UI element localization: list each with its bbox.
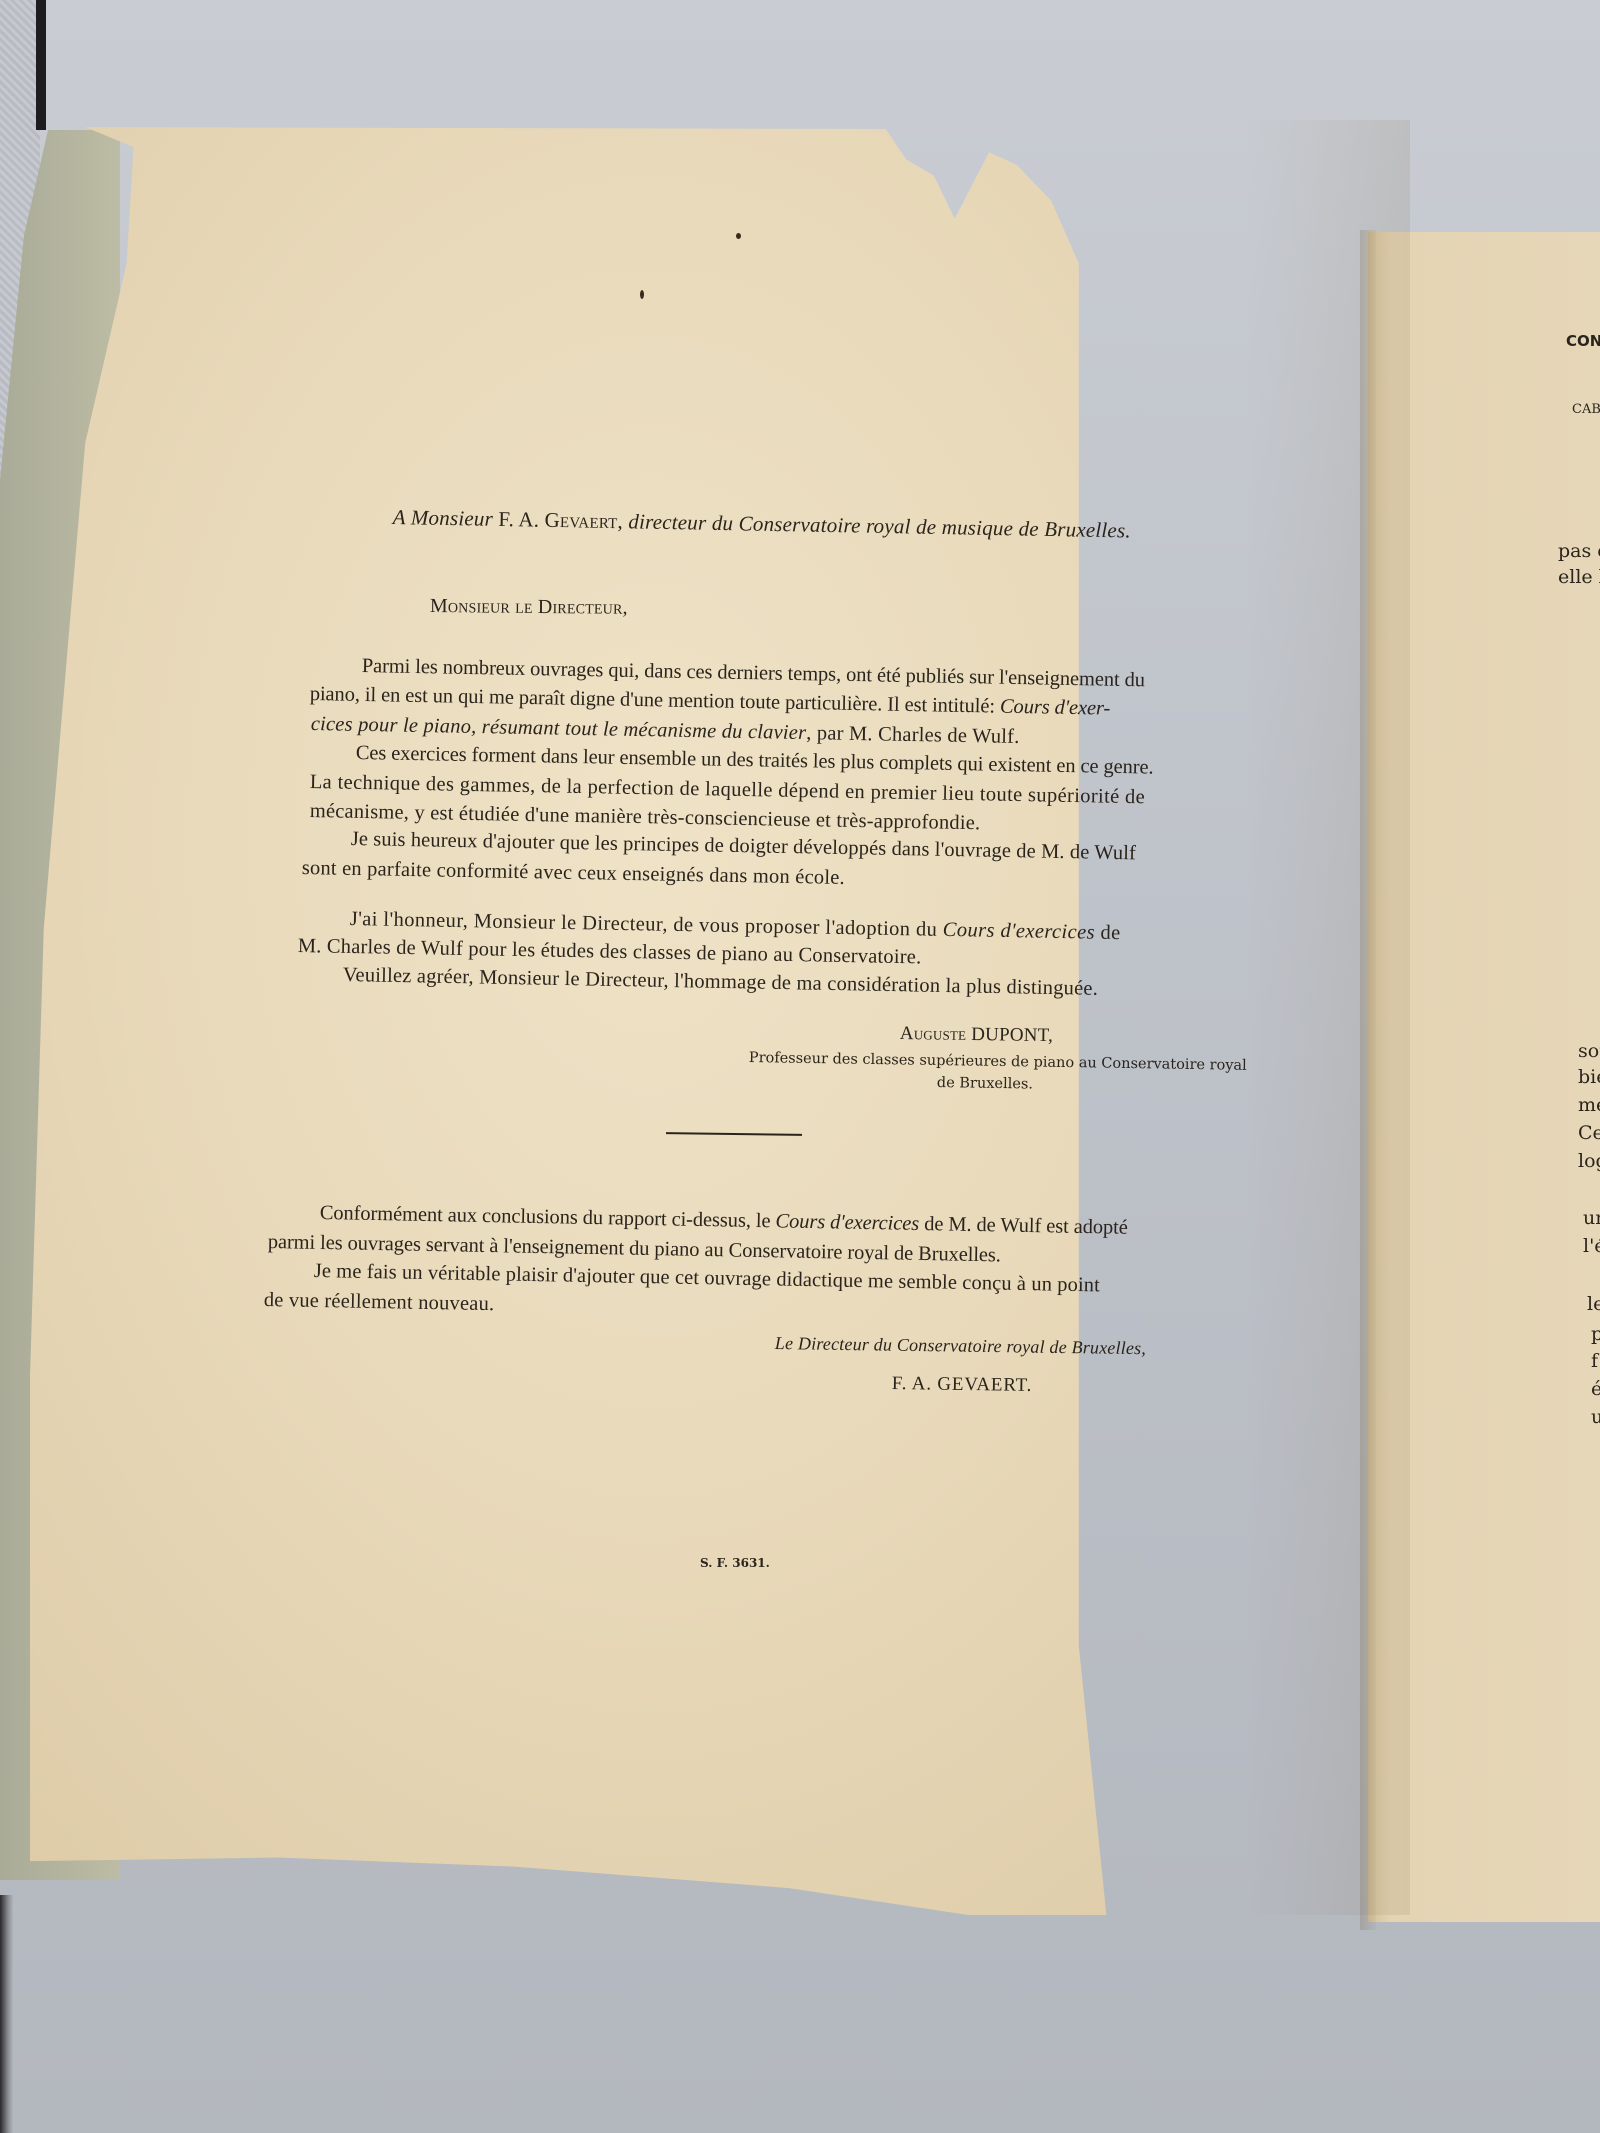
catalog-number: S. F. 3631. bbox=[700, 1556, 770, 1570]
frame-edge bbox=[36, 0, 46, 130]
ink-speck bbox=[640, 290, 644, 299]
facing-line: é bbox=[1591, 1378, 1600, 1400]
text-segment: de bbox=[1095, 922, 1121, 944]
facing-line: sou bbox=[1578, 1040, 1600, 1062]
book-gutter bbox=[1360, 230, 1376, 1930]
letter-page bbox=[30, 120, 1410, 1915]
signatory-title-line-2: de Bruxelles. bbox=[937, 1075, 1033, 1093]
addressee-name: F. A. Gevaert, bbox=[498, 507, 623, 533]
facing-line: mé bbox=[1578, 1094, 1600, 1116]
text-segment: de M. de Wulf est adopté bbox=[919, 1213, 1128, 1239]
facing-line: log bbox=[1578, 1150, 1600, 1172]
facing-line: un bbox=[1583, 1207, 1600, 1229]
salutation: Monsieur le Directeur, bbox=[430, 595, 628, 620]
facing-line: u bbox=[1591, 1406, 1600, 1428]
book-title-italic: Cours d'exer- bbox=[1000, 696, 1111, 720]
signature-dupont: Auguste DUPONT, bbox=[900, 1023, 1053, 1047]
facing-page-heading: CON bbox=[1566, 332, 1600, 350]
signatory-name: Auguste DUPONT, bbox=[900, 1023, 1053, 1046]
director-name: F. A. GEVAERT. bbox=[892, 1373, 1033, 1397]
facing-page bbox=[1368, 232, 1600, 1922]
ink-speck bbox=[736, 233, 741, 239]
facing-line: f bbox=[1591, 1350, 1598, 1372]
endorsement-line-4: de vue réellement nouveau. bbox=[264, 1289, 495, 1316]
book-title-italic: Cours d'exercices bbox=[943, 919, 1096, 944]
facing-line: p bbox=[1591, 1323, 1600, 1345]
facing-line: pas c bbox=[1558, 540, 1600, 562]
facing-line: le bbox=[1587, 1293, 1600, 1315]
facing-line: Ce bbox=[1578, 1122, 1600, 1144]
facing-page-subheading: CAB bbox=[1572, 402, 1600, 417]
photo-scene: A Monsieur F. A. Gevaert, directeur du C… bbox=[0, 0, 1600, 2133]
book-title-italic: Cours d'exercices bbox=[775, 1210, 919, 1235]
facing-line: bie bbox=[1578, 1066, 1600, 1088]
frame-edge-bottom bbox=[0, 1895, 14, 2133]
address-prefix: A Monsieur bbox=[393, 505, 494, 531]
facing-line: l'é bbox=[1583, 1235, 1600, 1257]
facing-line: elle l bbox=[1558, 566, 1600, 588]
text-segment: , par M. Charles de Wulf. bbox=[806, 722, 1020, 748]
